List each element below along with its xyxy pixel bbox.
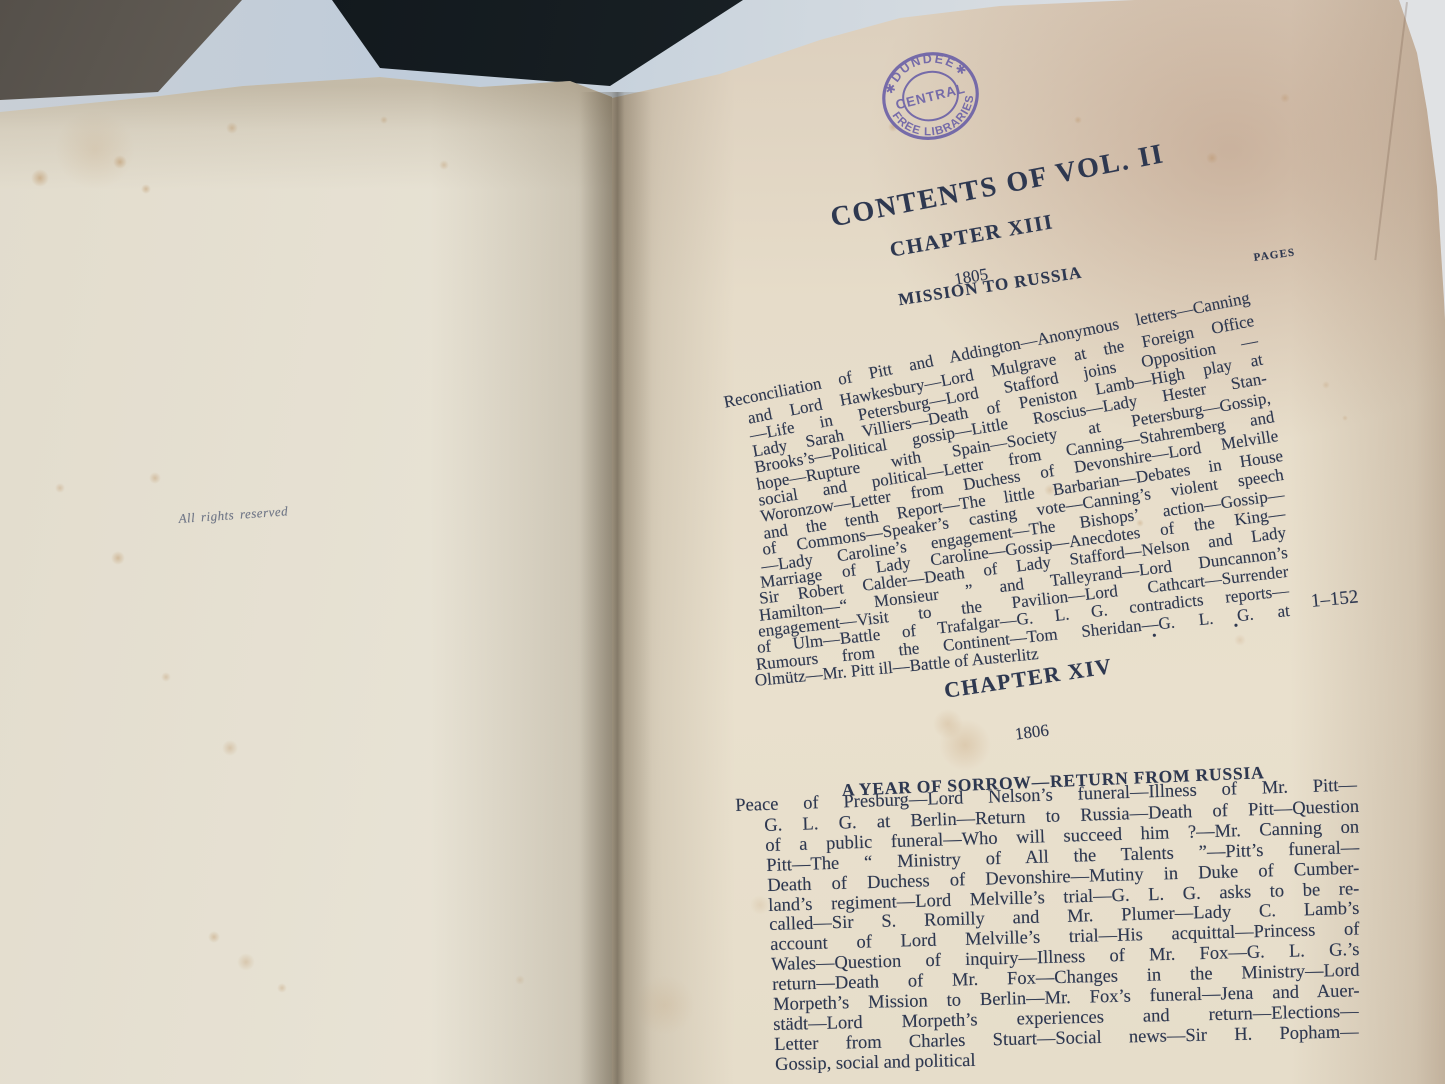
stamp-center-text: CENTRAL [894, 81, 967, 113]
book-photo: ✱DUNDEE✱ FREE LIBRARIES CENTRAL All righ… [0, 0, 1445, 1084]
chapter-13-page-range: 1–152 [1310, 586, 1359, 612]
book-gutter [580, 92, 652, 1084]
